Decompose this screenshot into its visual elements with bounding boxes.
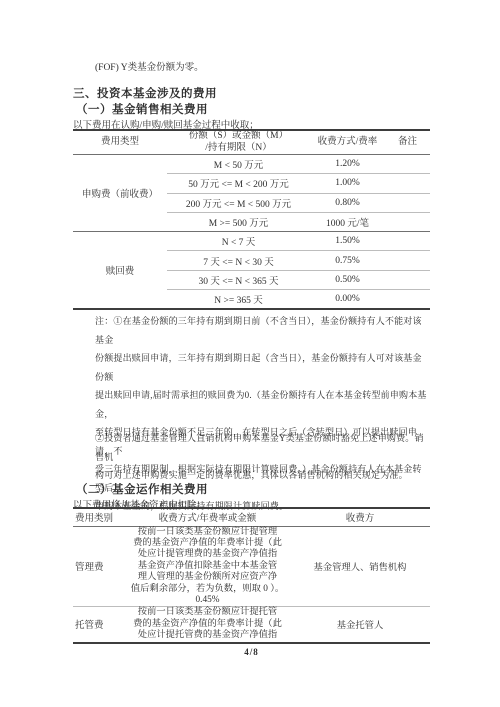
page-number: 4/8 [73, 647, 430, 657]
remark-cell [385, 232, 430, 251]
condition-cell: 200 万元 <= M < 500 万元 [167, 193, 310, 212]
leading-paragraph: (FOF) Y类基金份额为零。 [95, 59, 204, 73]
header-amount-period: 份额（S）或金额（M） /持有期限（N） [167, 130, 310, 155]
sales-fee-table: 费用类型 份额（S）或金额（M） /持有期限（N） 收费方式/费率 备注 申购费… [73, 129, 430, 310]
table-row: 管理费 按前一日该类基金份额应计提管理 费的基金资产净值的年费率计提（此 处应计… [73, 526, 430, 607]
rate-cell: 0.00% [310, 290, 385, 309]
payee-cell: 基金托管人 [290, 607, 430, 643]
header-remark: 备注 [385, 130, 430, 155]
category-management-fee: 管理费 [73, 526, 125, 607]
remark-cell [385, 290, 430, 309]
subsection-sales-title: （一）基金销售相关费用 [76, 101, 208, 117]
fee-type-redemption: 赎回费 [73, 232, 167, 309]
rate-cell: 1.50% [310, 232, 385, 251]
payee-cell: 基金管理人、销售机构 [290, 526, 430, 607]
remark-cell [385, 155, 430, 174]
condition-cell: M < 50 万元 [167, 155, 310, 174]
sales-fee-table-header-row: 费用类型 份额（S）或金额（M） /持有期限（N） 收费方式/费率 备注 [73, 130, 430, 155]
rate-cell: 0.50% [310, 270, 385, 289]
fee-type-subscription: 申购费（前收费） [73, 155, 167, 232]
condition-cell: 7 天 <= N < 30 天 [167, 251, 310, 270]
remark-cell [385, 174, 430, 193]
rate-cell: 1.20% [310, 155, 385, 174]
rate-cell: 0.75% [310, 251, 385, 270]
header-fee-category: 费用类别 [73, 508, 125, 526]
condition-cell: N < 7 天 [167, 232, 310, 251]
table-row: 赎回费 N < 7 天 1.50% [73, 232, 430, 251]
operating-fee-table-header-row: 费用类别 收费方式/年费率或金额 收费方 [73, 508, 430, 526]
header-fee-type: 费用类型 [73, 130, 167, 155]
remark-cell [385, 212, 430, 231]
condition-cell: 50 万元 <= M < 200 万元 [167, 174, 310, 193]
remark-cell [385, 251, 430, 270]
category-custody-fee: 托管费 [73, 607, 125, 643]
header-charge-method: 收费方式/年费率或金额 [125, 508, 290, 526]
method-cell: 按前一日该类基金份额应计提管理 费的基金资产净值的年费率计提（此 处应计提管理费… [125, 526, 290, 607]
remark-cell [385, 270, 430, 289]
header-charge-rate: 收费方式/费率 [310, 130, 385, 155]
condition-cell: M >= 500 万元 [167, 212, 310, 231]
rate-cell: 1.00% [310, 174, 385, 193]
operating-fee-table: 费用类别 收费方式/年费率或金额 收费方 管理费 按前一日该类基金份额应计提管理… [73, 507, 430, 644]
subsection-operating-title: （二）基金运作相关费用 [76, 481, 208, 497]
condition-cell: 30 天 <= N < 365 天 [167, 270, 310, 289]
document-page: (FOF) Y类基金份额为零。 三、投资本基金涉及的费用 （一）基金销售相关费用… [0, 0, 500, 707]
table-row: 申购费（前收费） M < 50 万元 1.20% [73, 155, 430, 174]
header-payee: 收费方 [290, 508, 430, 526]
rate-cell: 0.80% [310, 193, 385, 212]
table-row: 托管费 按前一日该类基金份额应计提托管 费的基金资产净值的年费率计提（此 处应计… [73, 607, 430, 643]
condition-cell: N >= 365 天 [167, 290, 310, 309]
rate-cell: 1000 元/笔 [310, 212, 385, 231]
section-title: 三、投资本基金涉及的费用 [73, 85, 217, 101]
method-cell: 按前一日该类基金份额应计提托管 费的基金资产净值的年费率计提（此 处应计提托管费… [125, 607, 290, 643]
note-paragraph-2: ②投资者通过基金管理人直销机构申购本基金Y类基金份额时豁免上述申购费。销售机 构… [95, 429, 430, 485]
remark-cell [385, 193, 430, 212]
